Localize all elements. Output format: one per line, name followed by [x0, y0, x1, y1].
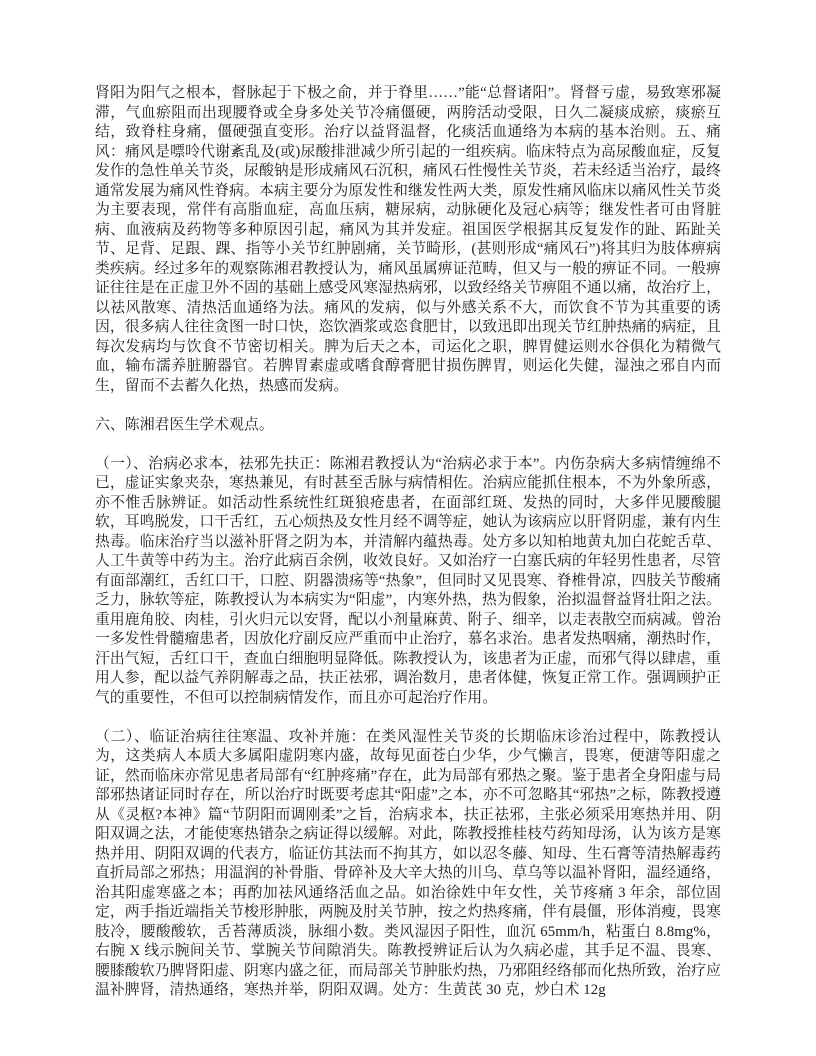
document-page: 肾阳为阳气之根本，督脉起于下极之俞，并于脊里……”能“总督诸阳”。肾督亏虚，易致… [0, 0, 816, 1056]
paragraph-section-heading: 六、陈湘君医生学术观点。 [95, 416, 721, 436]
paragraph-viewpoint-two: （二）、临证治病往往寒温、攻补并施：在类风湿性关节炎的长期临床诊治过程中，陈教授… [95, 728, 721, 1001]
paragraph-gout-overview: 肾阳为阳气之根本，督脉起于下极之俞，并于脊里……”能“总督诸阳”。肾督亏虚，易致… [95, 84, 721, 396]
paragraph-viewpoint-one: （一）、治病必求本，祛邪先扶正：陈湘君教授认为“治病必求于本”。内伤杂病大多病情… [95, 455, 721, 709]
